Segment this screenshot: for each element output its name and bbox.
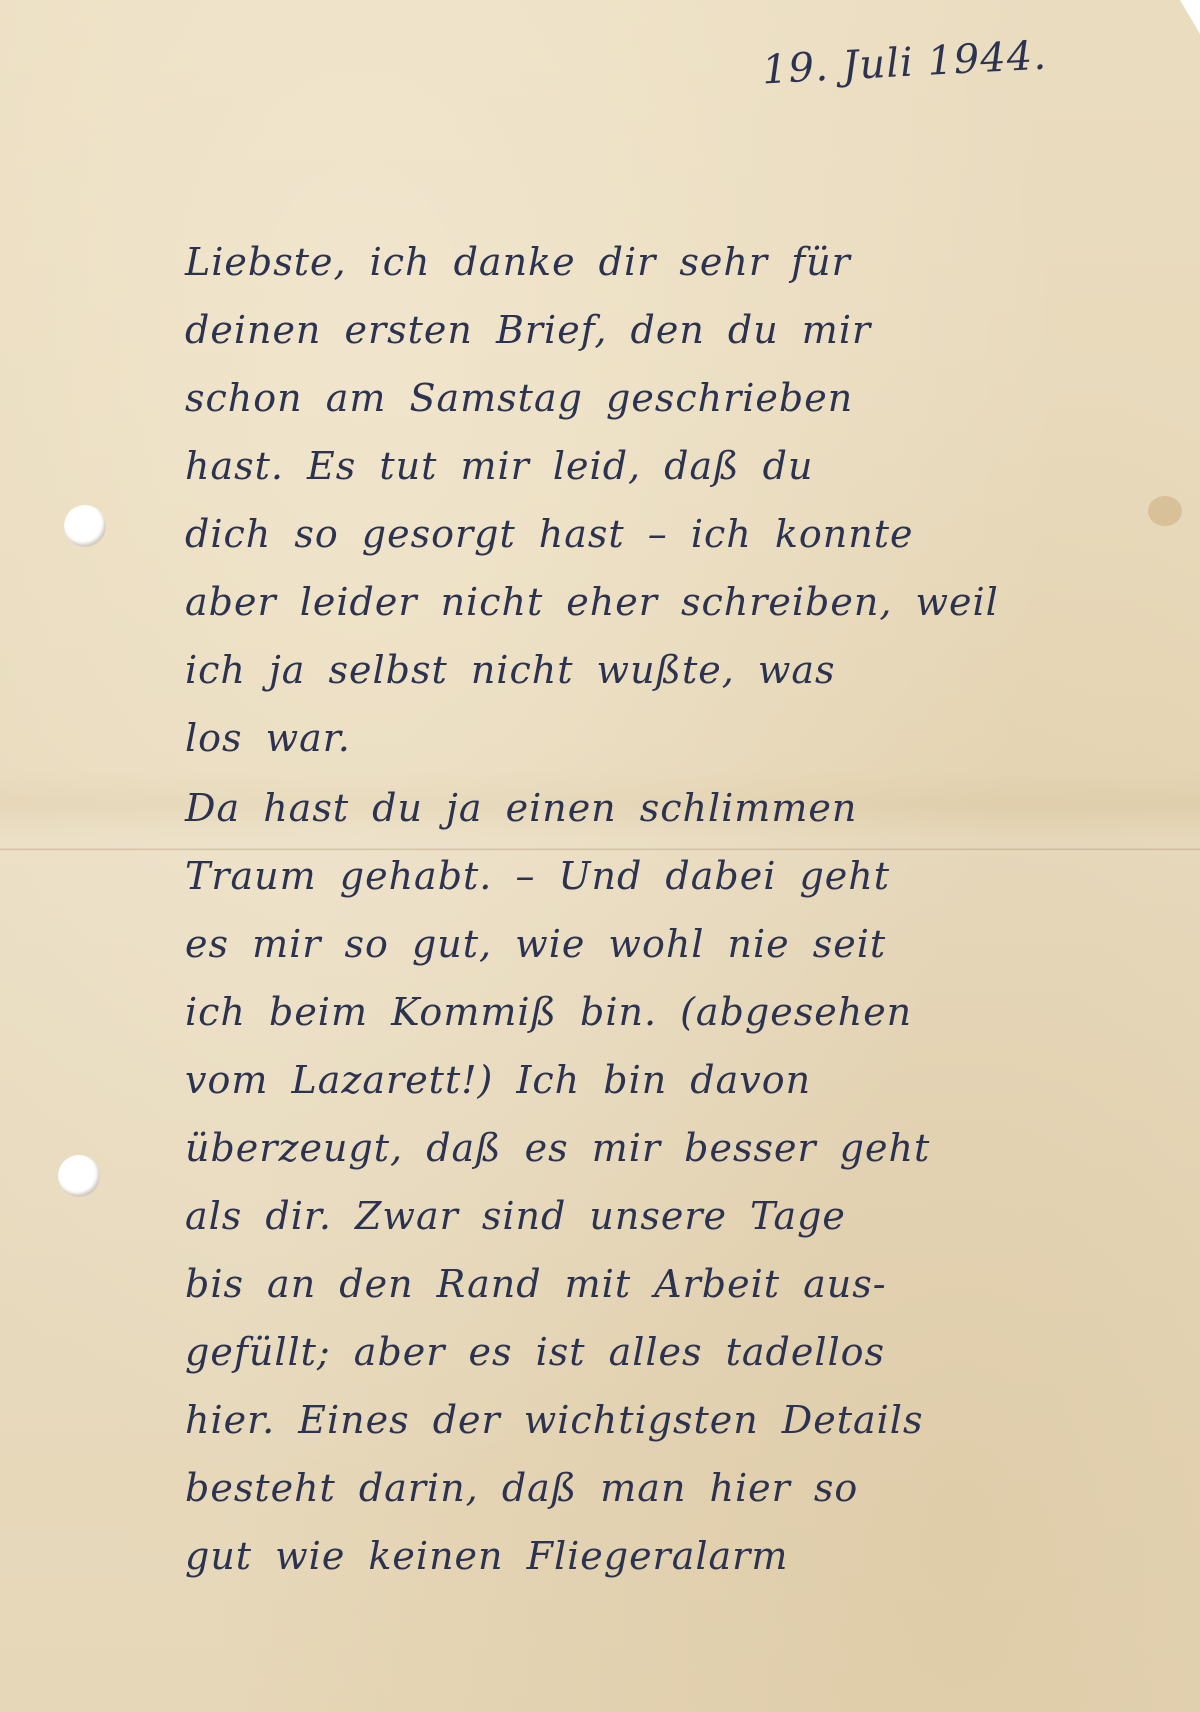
letter-line-3: schon am Samstag geschrieben: [185, 376, 853, 420]
letter-line-9: Da hast du ja einen schlimmen: [185, 786, 857, 830]
letter-line-16: bis an den Rand mit Arbeit aus-: [185, 1262, 887, 1306]
letter-line-19: besteht darin, daß man hier so: [185, 1466, 858, 1510]
letter-line-11: es mir so gut, wie wohl nie seit: [185, 922, 886, 966]
letter-page: 19. Juli 1944. Liebste, ich danke dir se…: [0, 0, 1200, 1712]
letter-line-12: ich beim Kommiß bin. (abgesehen: [185, 990, 912, 1034]
letter-line-17: gefüllt; aber es ist alles tadellos: [185, 1330, 885, 1374]
letter-line-2: deinen ersten Brief, den du mir: [185, 308, 871, 352]
paper-stain: [1148, 496, 1182, 526]
letter-line-15: als dir. Zwar sind unsere Tage: [185, 1194, 846, 1238]
punch-hole-bottom: [58, 1155, 100, 1197]
paper-fold-line: [0, 848, 1200, 851]
letter-date: 19. Juli 1944.: [761, 33, 1048, 94]
letter-line-13: vom Lazarett!) Ich bin davon: [185, 1058, 811, 1102]
letter-line-8: los war.: [185, 716, 351, 760]
letter-line-7: ich ja selbst nicht wußte, was: [185, 648, 836, 692]
letter-line-10: Traum gehabt. – Und dabei geht: [185, 854, 890, 898]
letter-line-18: hier. Eines der wichtigsten Details: [185, 1398, 923, 1442]
letter-line-5: dich so gesorgt hast – ich konnte: [185, 512, 913, 556]
letter-line-20: gut wie keinen Fliegeralarm: [185, 1534, 788, 1578]
letter-line-14: überzeugt, daß es mir besser geht: [185, 1126, 930, 1170]
punch-hole-top: [64, 505, 106, 547]
torn-corner: [1160, 0, 1200, 34]
letter-line-6: aber leider nicht eher schreiben, weil: [185, 580, 999, 624]
letter-line-1: Liebste, ich danke dir sehr für: [185, 240, 851, 284]
letter-line-4: hast. Es tut mir leid, daß du: [185, 444, 813, 488]
